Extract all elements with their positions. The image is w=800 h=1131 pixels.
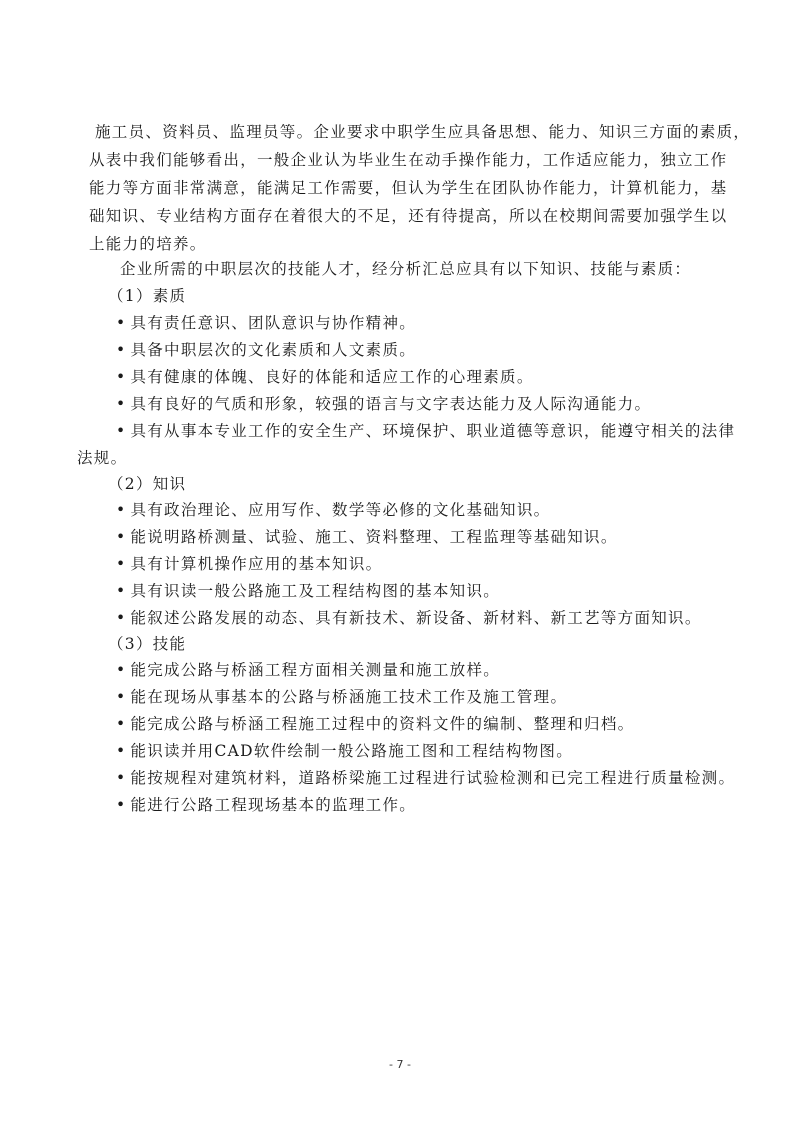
intro-line: 施工员、资料员、监理员等。企业要求中职学生应具备思想、能力、知识三方面的素质，: [95, 122, 750, 142]
page-number: - 7 -: [0, 1058, 800, 1071]
section-heading-quality: （1）素质: [108, 286, 186, 306]
list-item-continuation: 法规。: [77, 448, 127, 468]
list-item: 能叙述公路发展的动态、具有新技术、新设备、新材料、新工艺等方面知识。: [116, 608, 702, 628]
list-item: 能按规程对建筑材料，道路桥梁施工过程进行试验检测和已完工程进行质量检测。: [116, 768, 735, 788]
list-item: 具备中职层次的文化素质和人文素质。: [116, 340, 416, 360]
section-heading-knowledge: （2）知识: [108, 474, 186, 494]
list-item: 具有责任意识、团队意识与协作精神。: [116, 313, 416, 333]
list-item: 具有良好的气质和形象，较强的语言与文字表达能力及人际沟通能力。: [116, 394, 651, 414]
section-heading-skills: （3）技能: [108, 634, 186, 654]
list-item: 具有识读一般公路施工及工程结构图的基本知识。: [116, 581, 500, 601]
intro-line: 能力等方面非常满意，能满足工作需要，但认为学生在团队协作能力，计算机能力，基: [89, 178, 727, 198]
list-item: 具有从事本专业工作的安全生产、环境保护、职业道德等意识，能遵守相关的法律: [116, 421, 735, 441]
intro-line: 础知识、专业结构方面存在着很大的不足，还有待提高，所以在校期间需要加强学生以: [89, 206, 727, 226]
intro-line: 从表中我们能够看出，一般企业认为毕业生在动手操作能力，工作适应能力，独立工作: [89, 150, 727, 170]
list-item: 能在现场从事基本的公路与桥涵施工技术工作及施工管理。: [116, 687, 567, 707]
list-item: 具有计算机操作应用的基本知识。: [116, 554, 382, 574]
document-page: 施工员、资料员、监理员等。企业要求中职学生应具备思想、能力、知识三方面的素质， …: [0, 0, 800, 1131]
intro-line: 上能力的培养。: [89, 234, 207, 254]
list-item: 能说明路桥测量、试验、施工、资料整理、工程监理等基础知识。: [116, 527, 618, 547]
list-item: 具有政治理论、应用写作、数学等必修的文化基础知识。: [116, 500, 550, 520]
list-item: 能识读并用CAD软件绘制一般公路施工图和工程结构物图。: [116, 741, 573, 761]
summary-paragraph: 企业所需的中职层次的技能人才，经分析汇总应具有以下知识、技能与素质：: [120, 259, 691, 279]
list-item: 具有健康的体魄、良好的体能和适应工作的心理素质。: [116, 367, 534, 387]
list-item: 能进行公路工程现场基本的监理工作。: [116, 795, 416, 815]
list-item: 能完成公路与桥涵工程施工过程中的资料文件的编制、整理和归档。: [116, 714, 634, 734]
list-item: 能完成公路与桥涵工程方面相关测量和施工放样。: [116, 660, 500, 680]
